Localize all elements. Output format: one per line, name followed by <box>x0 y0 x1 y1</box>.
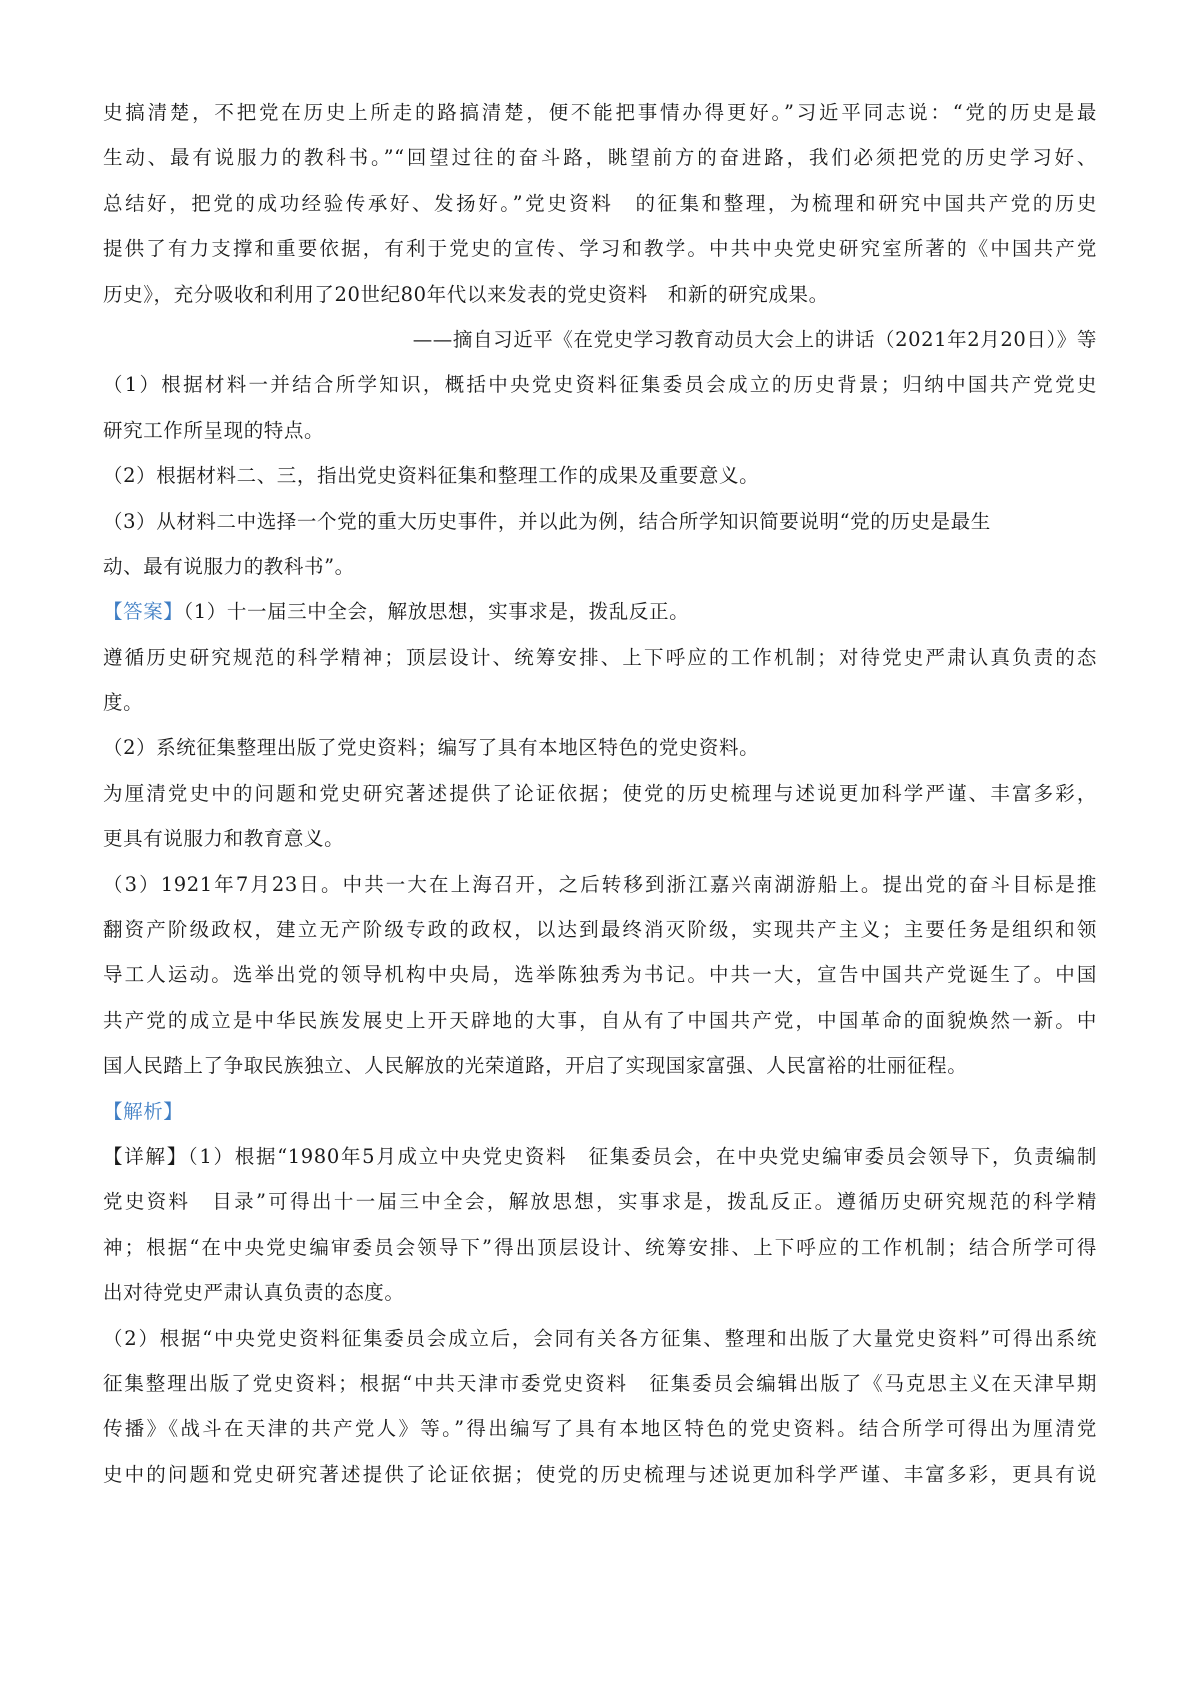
answer-line: 翻资产阶级政权，建立无产阶级专政的政权，以达到最终消灭阶级，实现共产主义；主要任… <box>103 907 1097 952</box>
answer-line: 度。 <box>103 680 1097 725</box>
question-3-line: （3）从材料二中选择一个党的重大历史事件，并以此为例，结合所学知识简要说明“党的… <box>103 499 1097 544</box>
question-3-line: 动、最有说服力的教科书”。 <box>103 544 1097 589</box>
answer-line: 为厘清党史中的问题和党史研究著述提供了论证依据；使党的历史梳理与述说更加科学严谨… <box>103 771 1097 816</box>
analysis-line: （2）根据“中央党史资料征集委员会成立后，会同有关各方征集、整理和出版了大量党史… <box>103 1316 1097 1361</box>
quote-line: 提供了有力支撑和重要依据，有利于党史的宣传、学习和教学。中共中央党史研究室所著的… <box>103 226 1097 271</box>
question-2-line: （2）根据材料二、三，指出党史资料征集和整理工作的成果及重要意义。 <box>103 453 1097 498</box>
questions: （1）根据材料一并结合所学知识，概括中央党史资料征集委员会成立的历史背景；归纳中… <box>103 362 1097 589</box>
answer-line: 共产党的成立是中华民族发展史上开天辟地的大事，自从有了中国共产党，中国革命的面貌… <box>103 998 1097 1043</box>
answer-section: 【答案】（1）十一届三中全会，解放思想，实事求是，拨乱反正。 遵循历史研究规范的… <box>103 589 1097 1088</box>
detail-tag: 【详解】 <box>103 1145 188 1168</box>
answer-line: （2）系统征集整理出版了党史资料；编写了具有本地区特色的党史资料。 <box>103 725 1097 770</box>
analysis-section: 【解析】 【详解】（1）根据“1980年5月成立中央党史资料 征集委员会，在中央… <box>103 1089 1097 1498</box>
document-page: 史搞清楚，不把党在历史上所走的路搞清楚，便不能把事情办得更好。”习近平同志说：“… <box>103 90 1097 1497</box>
analysis-line: 神；根据“在中央党史编审委员会领导下”得出顶层设计、统筹安排、上下呼应的工作机制… <box>103 1225 1097 1270</box>
material-quote: 史搞清楚，不把党在历史上所走的路搞清楚，便不能把事情办得更好。”习近平同志说：“… <box>103 90 1097 362</box>
answer-text: （1）十一届三中全会，解放思想，实事求是，拨乱反正。 <box>183 600 689 623</box>
answer-line: 遵循历史研究规范的科学精神；顶层设计、统筹安排、上下呼应的工作机制；对待党史严肃… <box>103 635 1097 680</box>
answer-first-line: 【答案】（1）十一届三中全会，解放思想，实事求是，拨乱反正。 <box>103 589 1097 634</box>
analysis-line: 征集整理出版了党史资料；根据“中共天津市委党史资料 征集委员会编辑出版了《马克思… <box>103 1361 1097 1406</box>
quote-line: 生动、最有说服力的教科书。”“回望过往的奋斗路，眺望前方的奋进路，我们必须把党的… <box>103 135 1097 180</box>
analysis-tag: 【解析】 <box>103 1089 1097 1134</box>
quote-line: 总结好，把党的成功经验传承好、发扬好。”党史资料 的征集和整理，为梳理和研究中国… <box>103 181 1097 226</box>
answer-tag: 【答案】 <box>103 600 183 623</box>
answer-line: （3）1921年7月23日。中共一大在上海召开，之后转移到浙江嘉兴南湖游船上。提… <box>103 862 1097 907</box>
detail-first-line: 【详解】（1）根据“1980年5月成立中央党史资料 征集委员会，在中央党史编审委… <box>103 1134 1097 1179</box>
answer-line: 导工人运动。选举出党的领导机构中央局，选举陈独秀为书记。中共一大，宣告中国共产党… <box>103 952 1097 997</box>
answer-line: 国人民踏上了争取民族独立、人民解放的光荣道路，开启了实现国家富强、人民富裕的壮丽… <box>103 1043 1097 1088</box>
analysis-line: 传播》《战斗在天津的共产党人》等。”得出编写了具有本地区特色的党史资料。结合所学… <box>103 1406 1097 1451</box>
quote-line: 历史》，充分吸收和利用了20世纪80年代以来发表的党史资料 和新的研究成果。 <box>103 272 1097 317</box>
quote-attribution: ——摘自习近平《在党史学习教育动员大会上的讲话（2021年2月20日）》等 <box>103 317 1097 362</box>
detail-text: （1）根据“1980年5月成立中央党史资料 征集委员会，在中央党史编审委员会领导… <box>188 1145 1097 1168</box>
question-1-line: （1）根据材料一并结合所学知识，概括中央党史资料征集委员会成立的历史背景；归纳中… <box>103 362 1097 407</box>
quote-line: 史搞清楚，不把党在历史上所走的路搞清楚，便不能把事情办得更好。”习近平同志说：“… <box>103 90 1097 135</box>
analysis-line: 出对待党史严肃认真负责的态度。 <box>103 1270 1097 1315</box>
analysis-line: 党史资料 目录”可得出十一届三中全会，解放思想，实事求是，拨乱反正。遵循历史研究… <box>103 1179 1097 1224</box>
analysis-line: 史中的问题和党史研究著述提供了论证依据；使党的历史梳理与述说更加科学严谨、丰富多… <box>103 1452 1097 1497</box>
answer-line: 更具有说服力和教育意义。 <box>103 816 1097 861</box>
question-1-line: 研究工作所呈现的特点。 <box>103 408 1097 453</box>
